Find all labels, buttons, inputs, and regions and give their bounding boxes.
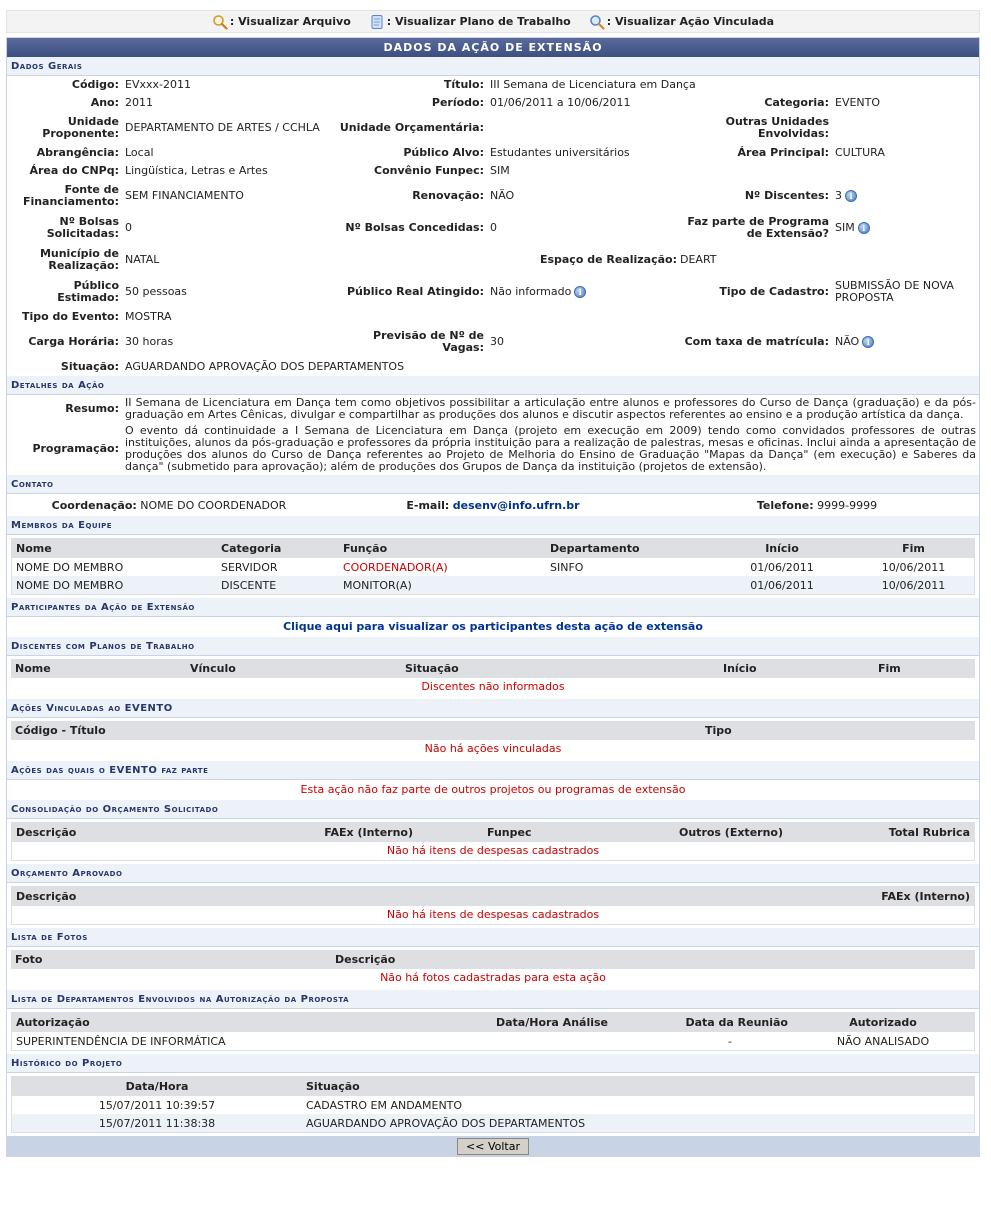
fotos-empty: Não há fotos cadastradas para esta ação — [11, 969, 975, 987]
area-cnpq-value: Lingüística, Letras e Artes — [122, 162, 332, 180]
section-contato: Contato — [7, 475, 979, 494]
bolsas-solicitadas-label: Nº Bolsas Solicitadas: — [7, 212, 122, 244]
acoes-vinculadas-table: Código - Título Tipo — [11, 721, 975, 740]
consolidacao-table: Descrição FAEx (Interno) Funpec Outros (… — [12, 823, 974, 842]
unidade-proponente-value: DEPARTAMENTO DE ARTES / CCHLA — [122, 112, 332, 144]
funcao-coordenador: COORDENADOR(A) — [339, 558, 546, 576]
publico-alvo-value: Estudantes universitários — [487, 144, 677, 162]
detalhes-table: Resumo: II Semana de Licenciatura em Dan… — [7, 395, 979, 475]
consolidacao-container: Descrição FAEx (Interno) Funpec Outros (… — [11, 822, 975, 861]
espaco-value: DEART — [677, 244, 979, 276]
programa-extensao-value: SIM — [835, 221, 855, 234]
unidade-orcamentaria-value — [487, 112, 677, 144]
publico-estimado-value: 50 pessoas — [122, 276, 332, 308]
historico-table: Data/Hora Situação 15/07/2011 10:39:57 C… — [12, 1077, 974, 1132]
unidade-orcamentaria-label: Unidade Orçamentária: — [332, 112, 487, 144]
dados-gerais-table: Código: EVxxx-2011 Título: III Semana de… — [7, 76, 979, 376]
programa-extensao-label: Faz parte de Programa de Extensão? — [677, 212, 832, 244]
situacao-value: AGUARDANDO APROVAÇÃO DOS DEPARTAMENTOS — [122, 358, 979, 376]
num-discentes-cell: 3i — [832, 180, 979, 212]
telefone-value: 9999-9999 — [817, 499, 877, 512]
programacao-label: Programação: — [7, 423, 122, 475]
orcamento-aprovado-empty: Não há itens de despesas cadastrados — [12, 906, 974, 924]
orcamento-aprovado-table: Descrição FAEx (Interno) — [12, 887, 974, 906]
espaco-label: Espaço de Realização: — [540, 253, 677, 266]
unidade-proponente-label: Unidade Proponente: — [7, 112, 122, 144]
acoes-parte-empty: Esta ação não faz parte de outros projet… — [7, 780, 979, 800]
area-principal-value: CULTURA — [832, 144, 979, 162]
acoes-vinculadas-container: Código - Título Tipo Não há ações vincul… — [11, 721, 975, 758]
periodo-value: 01/06/2011 a 10/06/2011 — [487, 94, 677, 112]
col-departamento: Departamento — [546, 539, 711, 558]
magnifier-blue-icon — [589, 14, 605, 30]
resumo-value: II Semana de Licenciatura em Dança tem c… — [122, 395, 979, 423]
bolsas-concedidas-value: 0 — [487, 212, 677, 244]
section-acoes-parte: Ações das quais o EVENTO faz parte — [7, 761, 979, 780]
table-row: 15/07/2011 11:38:38 AGUARDANDO APROVAÇÃO… — [12, 1114, 974, 1132]
fotos-container: Foto Descrição Não há fotos cadastradas … — [11, 950, 975, 987]
publico-alvo-label: Público Alvo: — [332, 144, 487, 162]
email: E-mail: desenv@info.ufrn.br — [331, 499, 655, 512]
resumo-label: Resumo: — [7, 395, 122, 423]
info-icon[interactable]: i — [574, 286, 586, 298]
section-discentes: Discentes com Planos de Trabalho — [7, 637, 979, 656]
telefone: Telefone: 9999-9999 — [655, 499, 979, 512]
col-funcao: Função — [339, 539, 546, 558]
municipio-value: NATAL — [122, 244, 332, 276]
section-orcamento-aprovado: Orçamento Aprovado — [7, 864, 979, 883]
codigo-value: EVxxx-2011 — [122, 76, 332, 94]
ano-label: Ano: — [7, 94, 122, 112]
taxa-matricula-label: Com taxa de matrícula: — [677, 326, 832, 358]
programacao-value: O evento dá continuidade a I Semana de L… — [122, 423, 979, 475]
col-inicio: Início — [711, 539, 853, 558]
programa-extensao-cell: SIMi — [832, 212, 979, 244]
section-departamentos: Lista de Departamentos Envolvidos na Aut… — [7, 990, 979, 1009]
bolsas-concedidas-label: Nº Bolsas Concedidas: — [332, 212, 487, 244]
section-acoes-vinculadas: Ações Vinculadas ao EVENTO — [7, 699, 979, 718]
icon-legend: : Visualizar Arquivo : Visualizar Plano … — [6, 10, 980, 33]
col-nome: Nome — [12, 539, 217, 558]
col-categoria: Categoria — [217, 539, 339, 558]
membros-table: Nome Categoria Função Departamento Iníci… — [12, 539, 974, 594]
periodo-label: Período: — [332, 94, 487, 112]
discentes-container: Nome Vínculo Situação Início Fim Discent… — [11, 659, 975, 696]
publico-real-value: Não informado — [490, 285, 571, 298]
section-dados-gerais: Dados Gerais — [7, 57, 979, 76]
coordenacao: Coordenação: NOME DO COORDENADOR — [7, 499, 331, 512]
section-participantes: Participantes da Ação de Extensão — [7, 598, 979, 617]
contato-row: Coordenação: NOME DO COORDENADOR E-mail:… — [7, 494, 979, 516]
area-cnpq-label: Área do CNPq: — [7, 162, 122, 180]
table-row: NOME DO MEMBRO DISCENTE MONITOR(A) 01/06… — [12, 576, 974, 594]
tipo-cadastro-label: Tipo de Cadastro: — [677, 276, 832, 308]
orcamento-aprovado-container: Descrição FAEx (Interno) Não há itens de… — [11, 886, 975, 925]
historico-container: Data/Hora Situação 15/07/2011 10:39:57 C… — [11, 1076, 975, 1133]
legend-visualizar-arquivo: : Visualizar Arquivo — [212, 14, 351, 30]
outras-unidades-label: Outras Unidades Envolvidas: — [677, 112, 832, 144]
renovacao-label: Renovação: — [332, 180, 487, 212]
legend-visualizar-plano: : Visualizar Plano de Trabalho — [369, 14, 571, 30]
section-detalhes: Detalhes da Ação — [7, 376, 979, 395]
carga-horaria-label: Carga Horária: — [7, 326, 122, 358]
convenio-funpec-value: SIM — [487, 162, 979, 180]
situacao-label: Situação: — [7, 358, 122, 376]
document-scroll-icon — [369, 14, 385, 30]
previsao-vagas-label: Previsão de Nº de Vagas: — [332, 326, 487, 358]
previsao-vagas-value: 30 — [487, 326, 677, 358]
tipo-evento-value: MOSTRA — [122, 308, 979, 326]
num-discentes-label: Nº Discentes: — [677, 180, 832, 212]
publico-real-label: Público Real Atingido: — [332, 276, 487, 308]
coordenacao-value: NOME DO COORDENADOR — [140, 499, 286, 512]
ano-value: 2011 — [122, 94, 332, 112]
categoria-label: Categoria: — [677, 94, 832, 112]
section-membros: Membros da Equipe — [7, 516, 979, 535]
abrangencia-value: Local — [122, 144, 332, 162]
info-icon[interactable]: i — [862, 336, 874, 348]
departamentos-table: Autorização Data/Hora Análise Data da Re… — [12, 1013, 974, 1050]
bolsas-solicitadas-value: 0 — [122, 212, 332, 244]
table-row: 15/07/2011 10:39:57 CADASTRO EM ANDAMENT… — [12, 1096, 974, 1114]
publico-estimado-label: Público Estimado: — [7, 276, 122, 308]
email-link[interactable]: desenv@info.ufrn.br — [453, 499, 580, 512]
municipio-label: Município de Realização: — [7, 244, 122, 276]
section-consolidacao: Consolidação do Orçamento Solicitado — [7, 800, 979, 819]
titulo-label: Título: — [332, 76, 487, 94]
carga-horaria-value: 30 horas — [122, 326, 332, 358]
membros-container: Nome Categoria Função Departamento Iníci… — [11, 538, 975, 595]
discentes-table: Nome Vínculo Situação Início Fim — [11, 659, 975, 678]
magnifier-orange-icon — [212, 14, 228, 30]
area-principal-label: Área Principal: — [677, 144, 832, 162]
taxa-matricula-value: NÃO — [835, 335, 859, 348]
col-fim: Fim — [853, 539, 974, 558]
voltar-button[interactable]: << Voltar — [457, 1138, 529, 1155]
ver-participantes-link[interactable]: Clique aqui para visualizar os participa… — [283, 620, 703, 633]
table-row: SUPERINTENDÊNCIA DE INFORMÁTICA - NÃO AN… — [12, 1032, 974, 1050]
info-icon[interactable]: i — [858, 222, 870, 234]
tipo-cadastro-value: SUBMISSÃO DE NOVA PROPOSTA — [832, 276, 979, 308]
publico-real-cell: Não informadoi — [487, 276, 677, 308]
categoria-value: EVENTO — [832, 94, 979, 112]
abrangencia-label: Abrangência: — [7, 144, 122, 162]
discentes-empty: Discentes não informados — [11, 678, 975, 696]
espaco-cell: Espaço de Realização: — [332, 244, 677, 276]
codigo-label: Código: — [7, 76, 122, 94]
renovacao-value: NÃO — [487, 180, 677, 212]
info-icon[interactable]: i — [845, 190, 857, 202]
fonte-financiamento-label: Fonte de Financiamento: — [7, 180, 122, 212]
fonte-financiamento-value: SEM FINANCIAMENTO — [122, 180, 332, 212]
titulo-value: III Semana de Licenciatura em Dança — [487, 76, 979, 94]
legend-visualizar-acao: : Visualizar Ação Vinculada — [589, 14, 774, 30]
acoes-vinculadas-empty: Não há ações vinculadas — [11, 740, 975, 758]
section-fotos: Lista de Fotos — [7, 928, 979, 947]
convenio-funpec-label: Convênio Funpec: — [332, 162, 487, 180]
departamentos-container: Autorização Data/Hora Análise Data da Re… — [11, 1012, 975, 1051]
fotos-table: Foto Descrição — [11, 950, 975, 969]
taxa-matricula-cell: NÃOi — [832, 326, 979, 358]
panel-caption: DADOS DA AÇÃO DE EXTENSÃO — [7, 38, 979, 57]
table-row: NOME DO MEMBRO SERVIDOR COORDENADOR(A) S… — [12, 558, 974, 576]
consolidacao-empty: Não há itens de despesas cadastrados — [12, 842, 974, 860]
tipo-evento-label: Tipo do Evento: — [7, 308, 122, 326]
outras-unidades-value — [832, 112, 979, 144]
acao-extensao-panel: DADOS DA AÇÃO DE EXTENSÃO Dados Gerais C… — [6, 37, 980, 1157]
panel-footer: << Voltar — [7, 1136, 979, 1156]
num-discentes-value: 3 — [835, 189, 842, 202]
section-historico: Histórico do Projeto — [7, 1054, 979, 1073]
